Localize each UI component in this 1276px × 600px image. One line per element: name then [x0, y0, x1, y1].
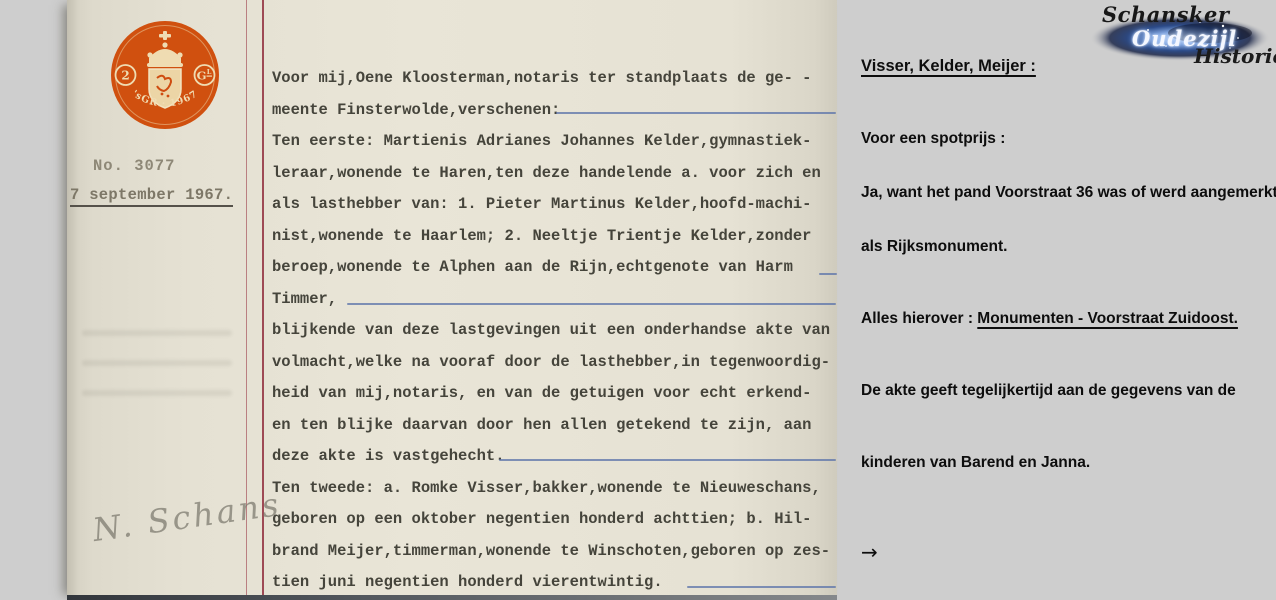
deed-line: beroep,wonende te Alphen aan de Rijn,ech…	[272, 252, 847, 284]
panel-paragraph: als Rijksmonument.	[861, 238, 1007, 256]
panel-paragraph: Ja, want het pand Voorstraat 36 was of w…	[861, 184, 1276, 202]
logo-text-historie: Historie	[1194, 44, 1276, 68]
deed-line: blijkende van deze lastgevingen uit een …	[272, 315, 847, 347]
deed-line: nist,wonende te Haarlem; 2. Neeltje Trie…	[272, 221, 847, 253]
deed-line: heid van mij,notaris, en van de getuigen…	[272, 378, 847, 410]
deed-line: geboren op een oktober negentien honderd…	[272, 504, 847, 536]
panel-paragraph: Alles hierover : Monumenten - Voorstraat…	[861, 310, 1238, 328]
deed-line: Ten eerste: Martienis Adrianes Johannes …	[272, 126, 847, 158]
stamp-value-left: 2	[121, 69, 129, 83]
site-logo: Schansker Oudezijl Historie	[1088, 0, 1276, 75]
continue-arrow[interactable]: →	[861, 540, 878, 564]
stamp-value-right-small: L	[207, 68, 212, 76]
pencil-signature: N. Schans	[90, 485, 283, 549]
ink-underline	[687, 586, 836, 588]
bleed-through-marks	[82, 330, 232, 420]
ink-underline	[499, 459, 836, 461]
panel-paragraph: kinderen van Barend en Janna.	[861, 454, 1090, 472]
link-prefix-text: Alles hierover :	[861, 310, 977, 327]
logo-text-schansker: Schansker	[1102, 2, 1229, 27]
deed-body: Voor mij,Oene Kloosterman,notaris ter st…	[272, 63, 847, 599]
deed-line: Ten tweede: a. Romke Visser,bakker,wonen…	[272, 473, 847, 505]
deed-line: leraar,wonende te Haren,ten deze handele…	[272, 158, 847, 190]
monumenten-voorstraat-link[interactable]: Monumenten - Voorstraat Zuidoost.	[977, 310, 1238, 327]
deed-line: Voor mij,Oene Kloosterman,notaris ter st…	[272, 63, 847, 95]
deed-line: meente Finsterwolde,verschenen:	[272, 95, 847, 127]
stamp-value-right: G	[197, 69, 207, 83]
deed-number: No. 3077	[93, 157, 175, 175]
scan-bottom-edge	[67, 595, 837, 600]
panel-title: Visser, Kelder, Meijer :	[861, 57, 1036, 76]
page: 2 G L 'sGR.· 1967 No. 3077 7 september 1…	[0, 0, 1276, 600]
deed-line: en ten blijke daarvan door hen allen get…	[272, 410, 847, 442]
deed-scan: 2 G L 'sGR.· 1967 No. 3077 7 september 1…	[67, 0, 837, 600]
panel-paragraph: De akte geeft tegelijkertijd aan de gege…	[861, 382, 1236, 400]
deed-line: volmacht,welke na vooraf door de lastheb…	[272, 347, 847, 379]
annotation-panel: Visser, Kelder, Meijer : Voor een spotpr…	[837, 0, 1276, 600]
ink-underline	[819, 273, 837, 275]
ink-underline	[347, 303, 836, 305]
revenue-stamp-icon: 2 G L 'sGR.· 1967	[108, 18, 222, 132]
deed-date: 7 september 1967.	[70, 186, 233, 207]
deed-line: deze akte is vastgehecht.	[272, 441, 847, 473]
panel-paragraph: Voor een spotprijs :	[861, 130, 1005, 148]
deed-line: als lasthebber van: 1. Pieter Martinus K…	[272, 189, 847, 221]
ink-underline	[556, 112, 836, 114]
deed-line: Timmer,	[272, 284, 847, 316]
deed-line: brand Meijer,timmerman,wonende te Winsch…	[272, 536, 847, 568]
deed-line: tien juni negentien honderd vierentwinti…	[272, 567, 847, 599]
